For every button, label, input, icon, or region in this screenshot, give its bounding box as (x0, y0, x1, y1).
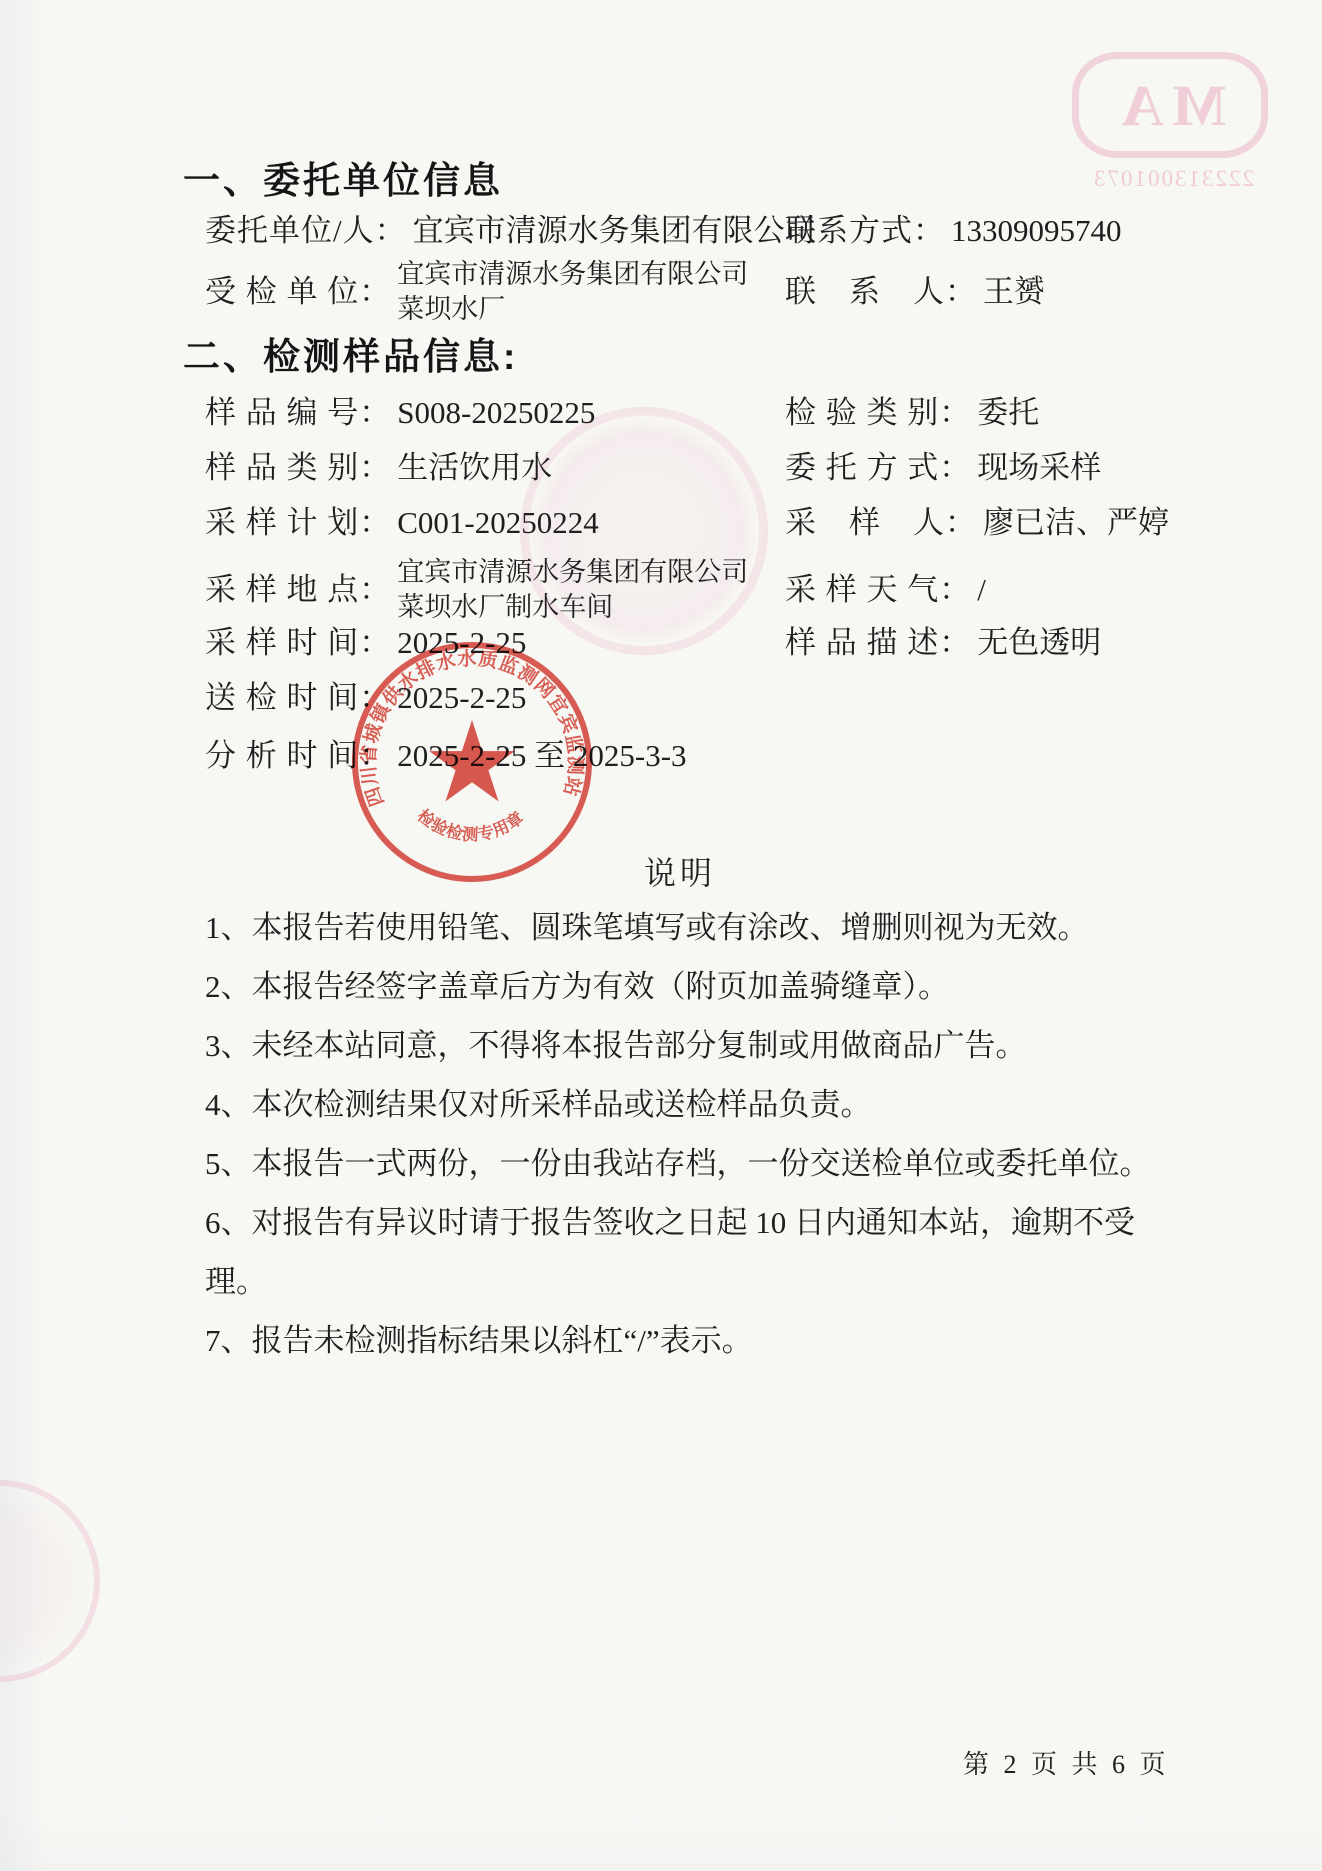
cma-cert-number: 222313001073 (1078, 166, 1268, 192)
cma-bleedthrough-mark: MA 222313001073 (1078, 52, 1268, 202)
star-icon (429, 720, 515, 801)
inspected-unit-value: 宜宾市清源水务集团有限公司 菜坝水厂 (397, 257, 748, 327)
note-item-1: 1、本报告若使用铅笔、圆珠笔填写或有涂改、增删则视为无效。 (205, 898, 1163, 957)
sampling-plan-value: C001-20250224 (397, 505, 599, 540)
cma-logo-box: MA (1072, 52, 1268, 158)
note-item-4: 4、本次检测结果仅对所采样品或送检样品负责。 (205, 1075, 1163, 1134)
client-unit-value: 宜宾市清源水务集团有限公司 (413, 213, 816, 248)
row-inspected-unit: 受 检 单 位： 宜宾市清源水务集团有限公司 菜坝水厂 联 系 人：王赟 (205, 252, 1172, 332)
sampling-weather-label: 采 样 天 气： (785, 572, 971, 607)
client-unit-label: 委托单位/人： (205, 213, 407, 248)
seal-bottom-text: 检验检测专用章 (414, 805, 527, 844)
inspection-type-value: 委托 (977, 395, 1039, 430)
inspection-type-label: 检 验 类 别： (785, 395, 971, 430)
sampling-location-value-line1: 宜宾市清源水务集团有限公司 (397, 555, 748, 590)
report-page: MA 222313001073 一、委托单位信息 委托单位/人：宜宾市清源水务集… (0, 0, 1322, 1871)
note-item-6: 6、对报告有异议时请于报告签收之日起 10 日内通知本站，逾期不受理。 (205, 1193, 1163, 1311)
contact-person-label: 联 系 人： (785, 274, 977, 309)
sampling-location-value-line2: 菜坝水厂制水车间 (397, 590, 748, 625)
sampling-weather-value: / (977, 572, 986, 607)
note-item-2: 2、本报告经签字盖章后方为有效（附页加盖骑缝章）。 (205, 957, 1163, 1016)
note-item-7: 7、报告未检测指标结果以斜杠“/”表示。 (205, 1311, 1163, 1370)
row-sampling-location: 采 样 地 点： 宜宾市清源水务集团有限公司 菜坝水厂制水车间 采 样 天 气：… (205, 548, 1172, 632)
notes-list: 1、本报告若使用铅笔、圆珠笔填写或有涂改、增删则视为无效。 2、本报告经签字盖章… (205, 898, 1163, 1370)
sample-description-label: 样 品 描 述： (785, 625, 971, 660)
cell-inspection-type: 检 验 类 别：委托 (785, 392, 1039, 434)
section-title-client-info: 一、委托单位信息 (183, 150, 503, 204)
note-item-5: 5、本报告一式两份，一份由我站存档，一份交送检单位或委托单位。 (205, 1134, 1163, 1193)
inspected-unit-value-line2: 菜坝水厂 (397, 292, 748, 327)
contact-method-value: 13309095740 (951, 213, 1122, 248)
note-item-3: 3、未经本站同意，不得将本报告部分复制或用做商品广告。 (205, 1016, 1163, 1075)
contact-person-value: 王赟 (983, 274, 1045, 309)
commission-method-label: 委 托 方 式： (785, 450, 971, 485)
page-indicator: 第 2 页 共 6 页 (963, 1744, 1170, 1781)
sampler-label: 采 样 人： (785, 505, 977, 540)
inspected-unit-value-line1: 宜宾市清源水务集团有限公司 (397, 257, 748, 292)
contact-method-label: 联系方式： (785, 213, 945, 248)
sample-number-label: 样 品 编 号： (205, 395, 391, 430)
cell-sampler: 采 样 人：廖已洁、严婷 (785, 502, 1169, 544)
row-sampling-plan: 采 样 计 划：C001-20250224 采 样 人：廖已洁、严婷 (205, 502, 1172, 544)
cell-contact-person: 联 系 人：王赟 (785, 271, 1045, 313)
cell-commission-method: 委 托 方 式：现场采样 (785, 447, 1101, 489)
sampling-location-label: 采 样 地 点： (205, 569, 391, 611)
commission-method-value: 现场采样 (977, 450, 1101, 485)
cell-sampling-weather: 采 样 天 气：/ (785, 569, 986, 611)
row-client-unit: 委托单位/人：宜宾市清源水务集团有限公司 联系方式：13309095740 (205, 210, 1172, 252)
section-title-sample-info: 二、检测样品信息: (183, 326, 518, 380)
row-sample-number: 样 品 编 号：S008-20250225 检 验 类 别：委托 (205, 392, 1172, 434)
inspected-unit-label: 受 检 单 位： (205, 271, 391, 313)
sample-category-value: 生活饮用水 (397, 450, 552, 485)
inspection-seal-stamp: 四川省城镇供水排水水质监测网宜宾监测站 检验检测专用章 (342, 632, 602, 892)
row-sample-category: 样 品 类 别：生活饮用水 委 托 方 式：现场采样 (205, 447, 1172, 489)
sample-category-label: 样 品 类 别： (205, 450, 391, 485)
sample-number-value: S008-20250225 (397, 395, 595, 430)
sampling-location-value: 宜宾市清源水务集团有限公司 菜坝水厂制水车间 (397, 555, 748, 625)
sampler-value: 廖已洁、严婷 (983, 505, 1169, 540)
cma-logo-text: MA (1114, 72, 1227, 139)
cell-sample-description: 样 品 描 述：无色透明 (785, 622, 1101, 664)
sampling-plan-label: 采 样 计 划： (205, 505, 391, 540)
sample-description-value: 无色透明 (977, 625, 1101, 660)
seal-bleedthrough-left-edge (0, 1480, 100, 1682)
cell-contact-method: 联系方式：13309095740 (785, 210, 1122, 252)
